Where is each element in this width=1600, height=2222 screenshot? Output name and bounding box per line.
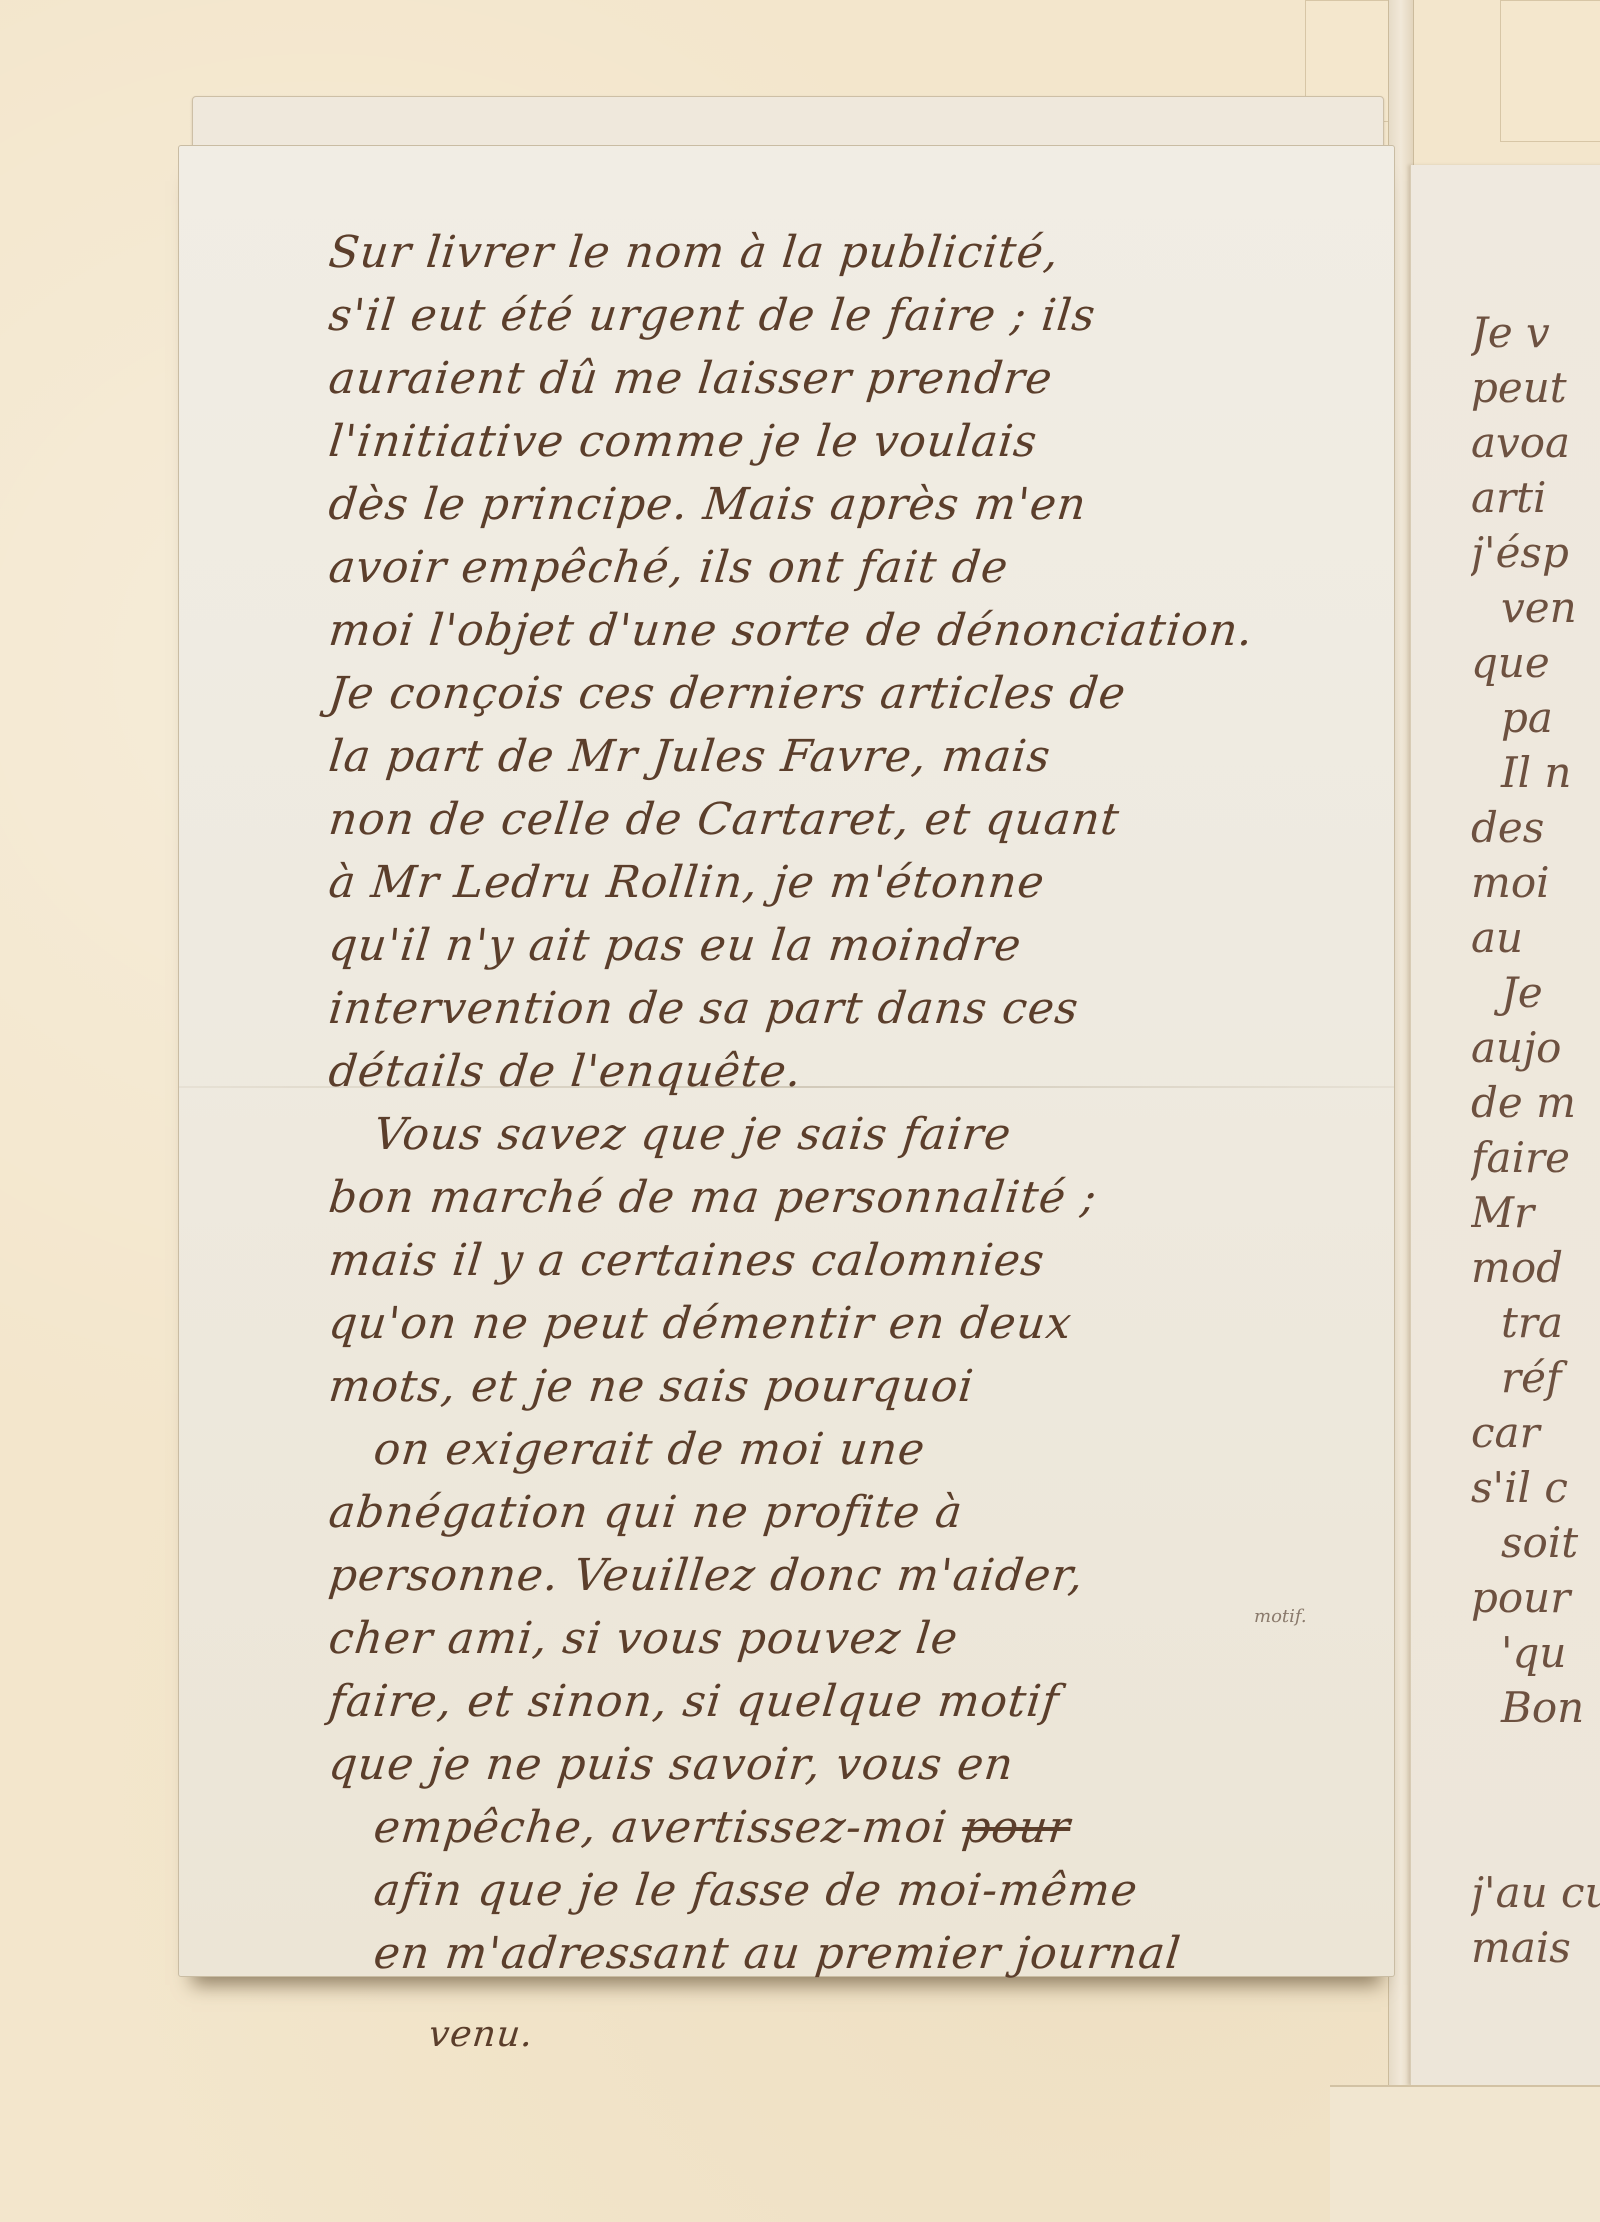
letter-line: on exigerait de moi une — [326, 1418, 1383, 1481]
fp-line: pa — [1471, 690, 1600, 745]
paper-strip-bottom — [1330, 2085, 1600, 2222]
fp-line: aujo — [1471, 1020, 1600, 1075]
letter-line: la part de Mr Jules Favre, mais — [326, 725, 1383, 788]
fp-line: réf — [1471, 1350, 1600, 1405]
fp-line: faire — [1471, 1130, 1600, 1185]
letter-line: abnégation qui ne profite à — [326, 1481, 1383, 1544]
fp-line: Je — [1471, 965, 1600, 1020]
fp-line: car — [1471, 1405, 1600, 1460]
fp-line: mod — [1471, 1240, 1600, 1295]
letter-line: s'il eut été urgent de le faire ; ils — [326, 284, 1383, 347]
letter-line: l'initiative comme je le voulais — [326, 410, 1383, 473]
fp-line: de m — [1471, 1075, 1600, 1130]
fp-line: pour — [1471, 1570, 1600, 1625]
letter-line: moi l'objet d'une sorte de dénonciation. — [326, 599, 1383, 662]
letter-line: avoir empêché, ils ont fait de — [326, 536, 1383, 599]
letter-line: Sur livrer le nom à la publicité, — [326, 221, 1383, 284]
fp-line: tra — [1471, 1295, 1600, 1350]
letter-line: empêche, avertissez-moi pour — [326, 1796, 1383, 1859]
fp-line: arti — [1471, 470, 1600, 525]
letter-line: détails de l'enquête. — [326, 1040, 1383, 1103]
struck-word: pour — [960, 1802, 1073, 1853]
fp-line: moi — [1471, 855, 1600, 910]
fp-line: j'ésp — [1471, 525, 1600, 580]
letter-line: qu'il n'y ait pas eu la moindre — [326, 914, 1383, 977]
fp-line: s'il c — [1471, 1460, 1600, 1515]
letter-line-text: empêche, avertissez-moi — [371, 1802, 950, 1853]
letter-line: Je conçois ces derniers articles de — [326, 662, 1383, 725]
fp-line: que — [1471, 635, 1600, 690]
fp-line: Bon — [1471, 1680, 1600, 1735]
letter-line: à Mr Ledru Rollin, je m'étonne — [326, 851, 1383, 914]
letter-line: qu'on ne peut démentir en deux — [326, 1292, 1383, 1355]
letter-text: Sur livrer le nom à la publicité, s'il e… — [329, 221, 1379, 2066]
letter-line: dès le principe. Mais après m'en — [326, 473, 1383, 536]
letter-line: bon marché de ma personnalité ; — [326, 1166, 1383, 1229]
letter-line: personne. Veuillez donc m'aider, — [326, 1544, 1383, 1607]
letter-line: afin que je le fasse de moi-même — [326, 1859, 1383, 1922]
letter-line: auraient dû me laisser prendre — [326, 347, 1383, 410]
fp-line: 'qu — [1471, 1625, 1600, 1680]
fp-line: Il n — [1471, 745, 1600, 800]
paper-strip-top-right — [1500, 0, 1600, 142]
fp-closing-line: j'au cu — [1471, 1865, 1600, 1920]
letter-line: cher ami, si vous pouvez le — [326, 1607, 1383, 1670]
letter-line: faire, et sinon, si quelque motif — [326, 1670, 1383, 1733]
closing-word: venu. — [326, 2003, 1383, 2066]
letter-line: que je ne puis savoir, vous en — [326, 1733, 1383, 1796]
fp-line: peut — [1471, 360, 1600, 415]
fp-line: ven — [1471, 580, 1600, 635]
letter-line: non de celle de Cartaret, et quant — [326, 788, 1383, 851]
fp-line: Mr — [1471, 1185, 1600, 1240]
letter-line: mots, et je ne sais pourquoi — [326, 1355, 1383, 1418]
fp-line: des — [1471, 800, 1600, 855]
fp-line: avoa — [1471, 415, 1600, 470]
fp-line: au — [1471, 910, 1600, 965]
letter-line: mais il y a certaines calomnies — [326, 1229, 1383, 1292]
fp-line: Je v — [1471, 305, 1600, 360]
fp-line: soit — [1471, 1515, 1600, 1570]
facing-page: Je v peut avoa arti j'ésp ven que pa Il … — [1410, 165, 1600, 2085]
fp-closing-line: mais — [1471, 1920, 1600, 1975]
margin-annotation: motif. — [1254, 1606, 1307, 1627]
letter-line: en m'adressant au premier journal — [326, 1922, 1383, 1985]
letter-line: intervention de sa part dans ces — [326, 977, 1383, 1040]
letter-page: Sur livrer le nom à la publicité, s'il e… — [178, 145, 1395, 1977]
letter-line: Vous savez que je sais faire — [326, 1103, 1383, 1166]
facing-page-text: Je v peut avoa arti j'ésp ven que pa Il … — [1471, 305, 1600, 1975]
